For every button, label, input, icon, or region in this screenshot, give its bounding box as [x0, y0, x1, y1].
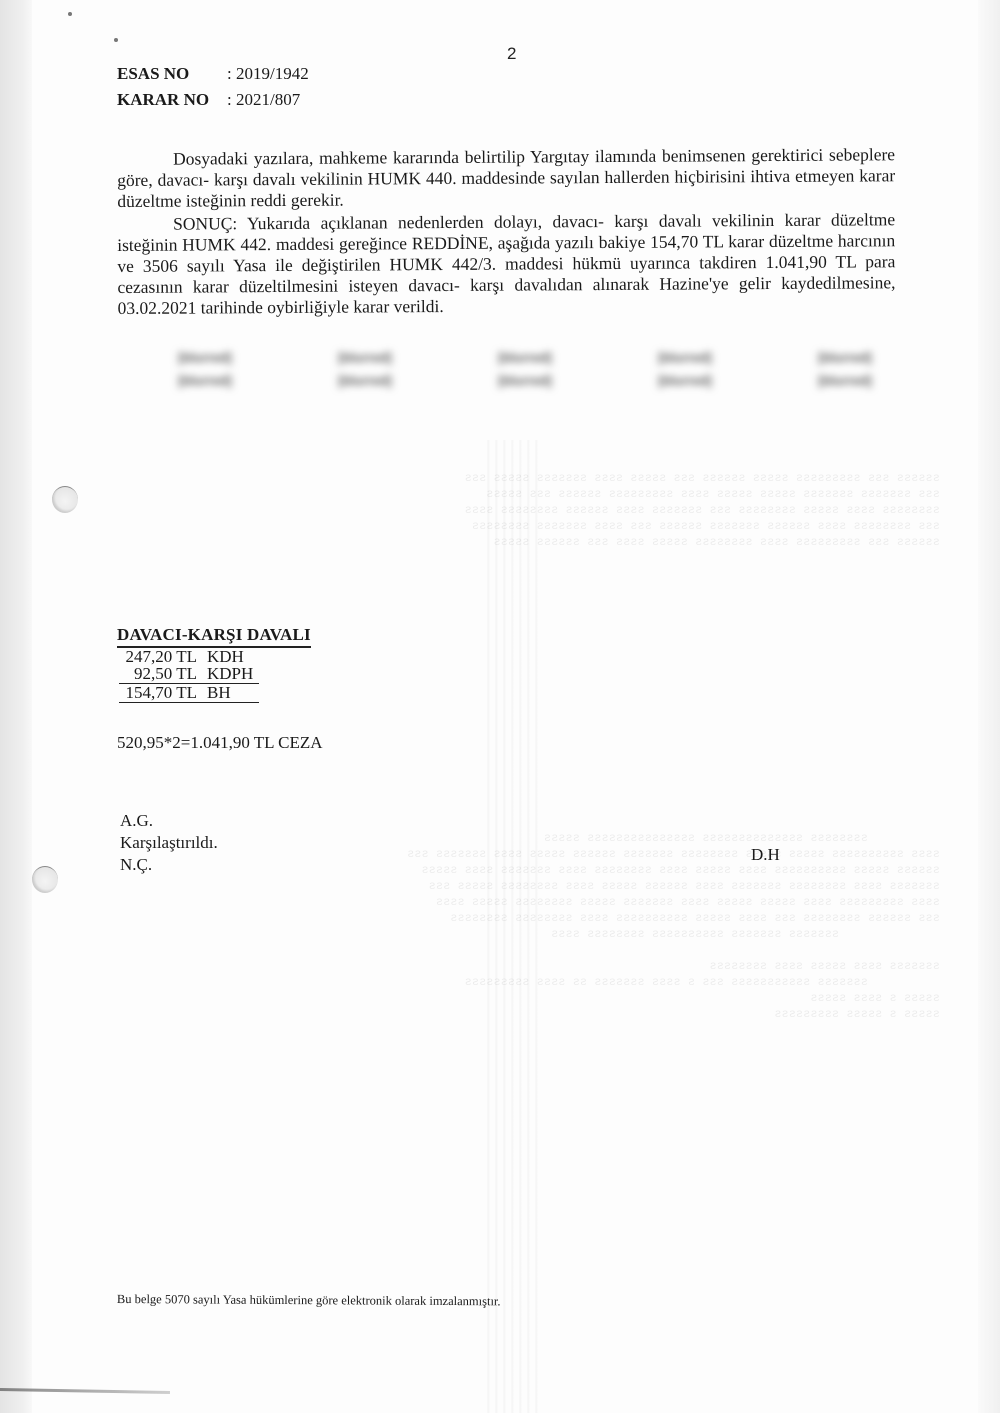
karar-no-value: : 2021/807 [227, 90, 300, 109]
esas-no-value: : 2019/1942 [227, 64, 309, 83]
redacted-signature-block: [blurred][blurred] [blurred][blurred] [b… [145, 350, 905, 388]
signature-5: [blurred][blurred] [785, 350, 905, 388]
signature-3: [blurred][blurred] [465, 350, 585, 388]
esas-no-line: ESAS NO: 2019/1942 [117, 64, 309, 84]
punch-hole [32, 866, 58, 893]
reasoning-paragraph: Dosyadaki yazılara, mahkeme kararında be… [117, 144, 895, 212]
annotation-block: A.G. Karşılaştırıldı. N.Ç. [120, 810, 218, 876]
karar-no-label: KARAR NO [117, 90, 227, 110]
page-number: 2 [507, 44, 516, 64]
scanned-document-page: ssssss sss sssssssss sssss ssssss sss ss… [0, 0, 1000, 1413]
calc-row-kdph: 92,50 TLKDPH [119, 665, 259, 684]
signature-1: [blurred][blurred] [145, 350, 265, 388]
scan-speck [114, 38, 118, 42]
calc-row-kdh: 247,20 TLKDH [119, 648, 311, 665]
calculation-title: DAVACI-KARŞI DAVALI [117, 625, 311, 648]
annotation-nc: N.Ç. [120, 854, 218, 876]
calc-row-bh: 154,70 TLBH [119, 684, 259, 703]
scan-edge-right [978, 0, 1000, 1413]
annotation-dh: D.H [751, 845, 780, 865]
signature-4: [blurred][blurred] [625, 350, 745, 388]
scan-speck [68, 12, 72, 16]
karar-no-line: KARAR NO: 2021/807 [117, 90, 300, 110]
annotation-compared: Karşılaştırıldı. [120, 832, 218, 854]
conclusion-paragraph: SONUÇ: Yukarıda açıklanan nedenlerden do… [117, 209, 896, 319]
penalty-calculation: 520,95*2=1.041,90 TL CEZA [117, 733, 323, 753]
esas-no-label: ESAS NO [117, 64, 227, 84]
scan-edge-left [0, 0, 32, 1413]
signature-2: [blurred][blurred] [305, 350, 425, 388]
electronic-signature-note: Bu belge 5070 sayılı Yasa hükümlerine gö… [117, 1292, 501, 1309]
fee-calculation: DAVACI-KARŞI DAVALI 247,20 TLKDH 92,50 T… [117, 625, 311, 703]
annotation-ag: A.G. [120, 810, 218, 832]
calculation-rows: 247,20 TLKDH 92,50 TLKDPH 154,70 TLBH [117, 648, 311, 703]
bleed-through-texture: ssssss sss sssssssss sssss ssssss sss ss… [60, 470, 940, 600]
